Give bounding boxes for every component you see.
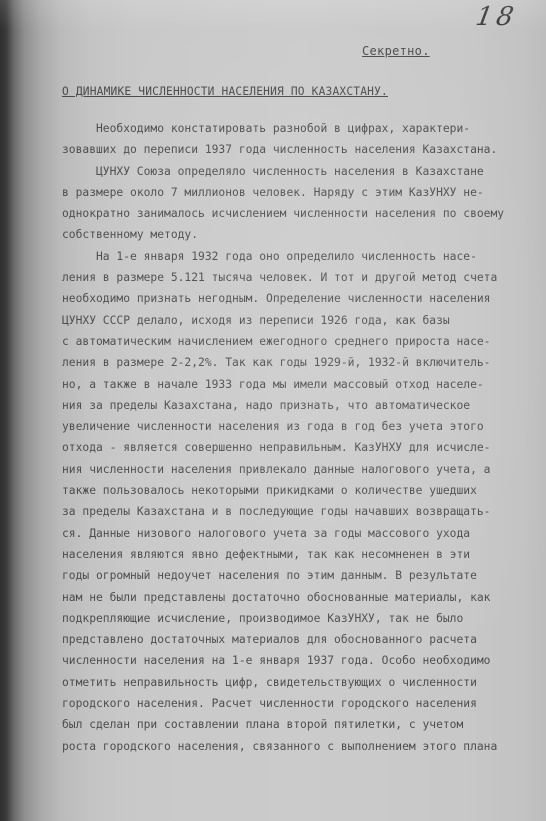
- text-line: также пользовалось некоторыми прикидками…: [62, 480, 542, 501]
- text-line: ления в размере 2-2,2%. Так как годы 192…: [62, 352, 542, 373]
- text-line: нам не были представлены достаточно обос…: [62, 587, 542, 608]
- text-line: подкрепляющие исчисление, производимое К…: [62, 608, 542, 629]
- scanned-document-page: 18 Секретно. О ДИНАМИКЕ ЧИСЛЕННОСТИ НАСЕ…: [0, 0, 546, 821]
- text-line: ния за пределы Казахстана, надо признать…: [62, 395, 542, 416]
- classification-label: Секретно.: [362, 44, 430, 58]
- text-line: ЦУНХУ СССР делало, исходя из переписи 19…: [62, 310, 542, 331]
- text-line: годы огромный недоучет населения по этим…: [62, 565, 542, 586]
- text-line: На 1-е января 1932 года оно определило ч…: [62, 246, 542, 267]
- text-line: населения являются явно дефектными, так …: [62, 544, 542, 565]
- text-line: отметить неправильность цифр, свидетельс…: [62, 672, 542, 693]
- text-line: Необходимо констатировать разнобой в циф…: [62, 118, 542, 139]
- text-line: представлено достаточных материалов для …: [62, 629, 542, 650]
- text-line: ЦУНХУ Союза определяло численность насел…: [62, 161, 542, 182]
- text-line: за пределы Казахстана и в последующие го…: [62, 501, 542, 522]
- text-line: численности населения на 1-е января 1937…: [62, 650, 542, 671]
- text-line: в размере около 7 миллионов человек. Нар…: [62, 182, 542, 203]
- text-line: ния численности населения привлекало дан…: [62, 459, 542, 480]
- text-line: однократно занималось исчислением числен…: [62, 203, 542, 224]
- text-line: зовавших до переписи 1937 года численнос…: [62, 139, 542, 160]
- text-line: ся. Данные низового налогового учета за …: [62, 523, 542, 544]
- document-body: Необходимо констатировать разнобой в циф…: [62, 118, 542, 757]
- text-line: но, а также в начале 1933 года мы имели …: [62, 374, 542, 395]
- text-line: был сделан при составлении плана второй …: [62, 714, 542, 735]
- text-line: собственному методу.: [62, 224, 542, 245]
- text-line: отхода - является совершенно неправильны…: [62, 437, 542, 458]
- text-line: ления в размере 5.121 тысяча человек. И …: [62, 267, 542, 288]
- document-title: О ДИНАМИКЕ ЧИСЛЕННОСТИ НАСЕЛЕНИЯ ПО КАЗА…: [62, 85, 388, 98]
- text-line: увеличение численности населения из года…: [62, 416, 542, 437]
- text-line: с автоматическим начислением ежегодного …: [62, 331, 542, 352]
- text-line: городского населения. Расчет численности…: [62, 693, 542, 714]
- text-line: необходимо признать негодным. Определени…: [62, 288, 542, 309]
- text-line: роста городского населения, связанного с…: [62, 736, 542, 757]
- handwritten-folio-number: 18: [473, 2, 519, 32]
